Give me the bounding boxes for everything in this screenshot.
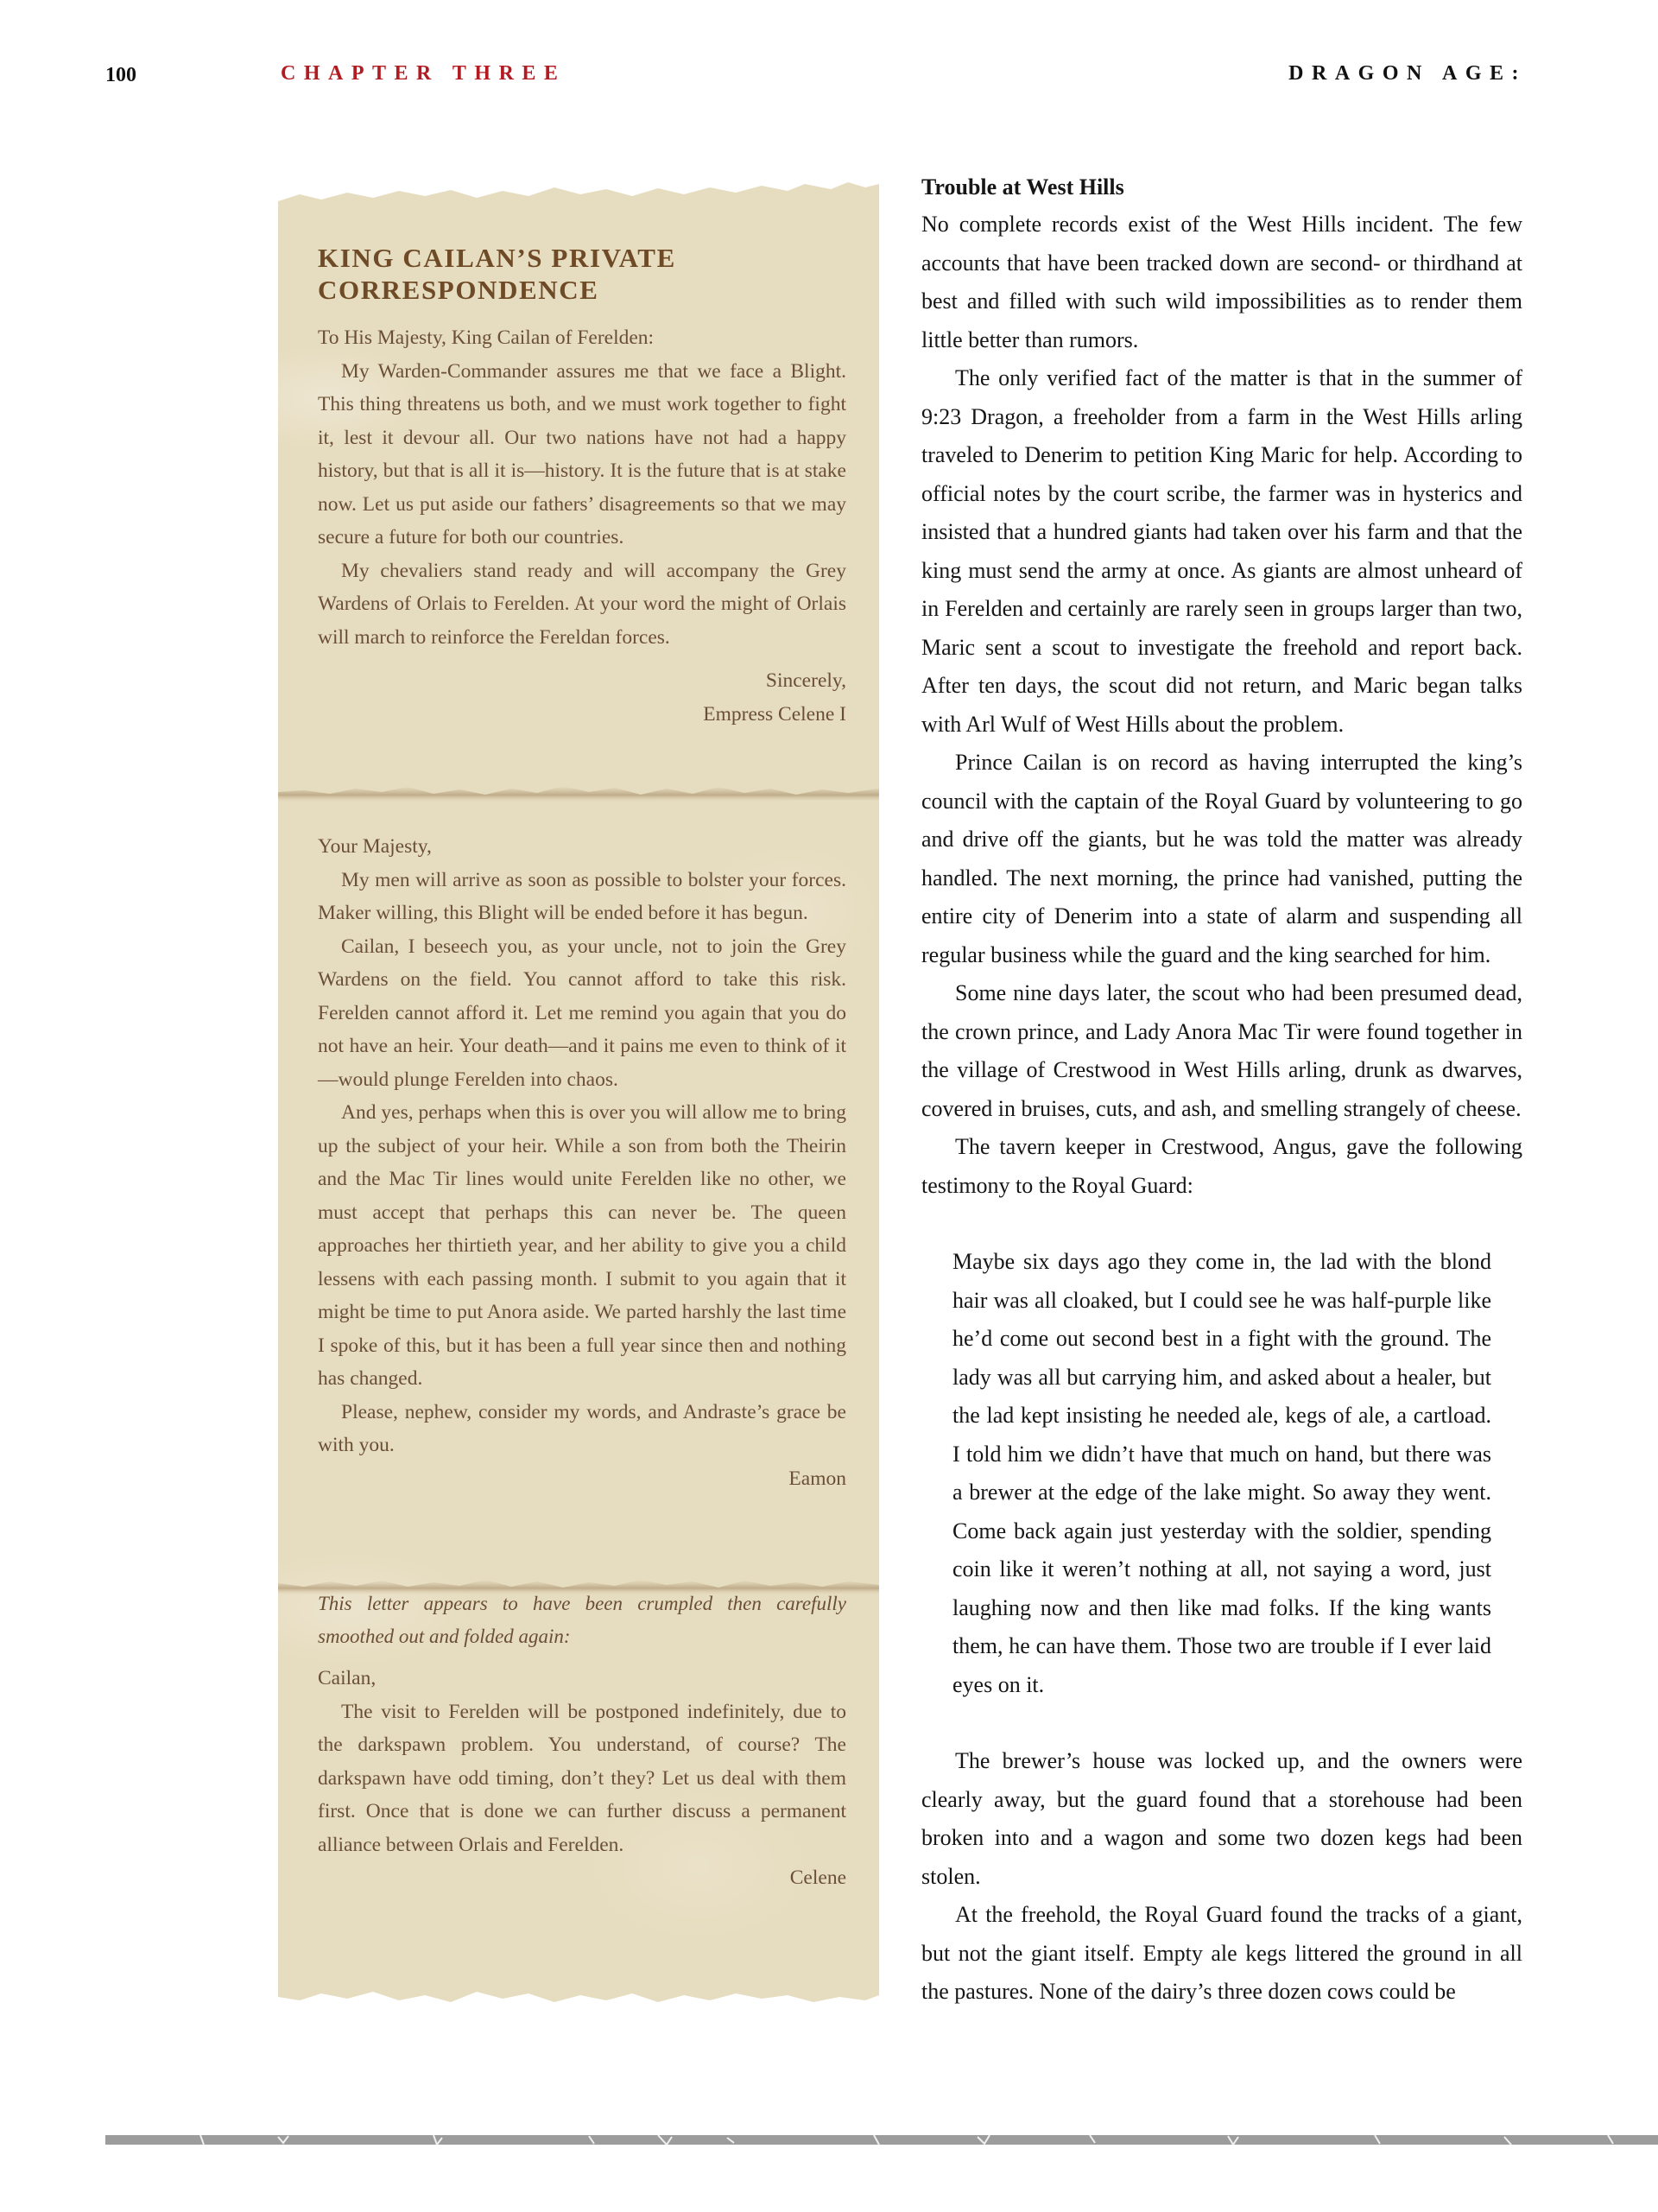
sidebar-content: KING CAILAN’S PRIVATE CORRESPONDENCE To …	[318, 242, 846, 1895]
letter-paragraph: My men will arrive as soon as possible t…	[318, 864, 846, 930]
letter-paragraph: And yes, perhaps when this is over you w…	[318, 1096, 846, 1396]
letter-from-celene: To His Majesty, King Cailan of Ferelden:…	[318, 321, 846, 731]
letter-paragraph: My chevaliers stand ready and will accom…	[318, 555, 846, 655]
grunge-texture-icon	[105, 2135, 1658, 2145]
section-heading: Trouble at West Hills	[921, 169, 1522, 206]
sidebar-title: KING CAILAN’S PRIVATE CORRESPONDENCE	[318, 242, 846, 306]
body-paragraph: Prince Cailan is on record as having int…	[921, 744, 1522, 974]
letter-signature: Celene	[318, 1861, 846, 1895]
letter-paragraph: My Warden-Commander assures me that we f…	[318, 355, 846, 555]
letter-salutation: Cailan,	[318, 1662, 846, 1695]
book-title: DRAGON AGE:	[1288, 62, 1527, 86]
letter-crumpled-celene: This letter appears to have been crumple…	[318, 1588, 846, 1895]
body-paragraph: The brewer’s house was locked up, and th…	[921, 1742, 1522, 1896]
letter-note: This letter appears to have been crumple…	[318, 1588, 846, 1653]
body-paragraph: No complete records exist of the West Hi…	[921, 206, 1522, 359]
body-paragraph: At the freehold, the Royal Guard found t…	[921, 1896, 1522, 2012]
letter-signature: Empress Celene I	[318, 698, 846, 732]
torn-edge-top	[278, 175, 879, 205]
footer-rule	[105, 2135, 1658, 2145]
body-paragraph: The only verified fact of the matter is …	[921, 359, 1522, 744]
letter-salutation: To His Majesty, King Cailan of Ferelden:	[318, 321, 846, 355]
body-paragraph: The tavern keeper in Crestwood, Angus, g…	[921, 1128, 1522, 1205]
quote-text: Maybe six days ago they come in, the lad…	[952, 1243, 1491, 1704]
letter-paragraph: Please, nephew, consider my words, and A…	[318, 1396, 846, 1462]
correspondence-sidebar: KING CAILAN’S PRIVATE CORRESPONDENCE To …	[278, 177, 879, 2012]
torn-edge-bottom	[278, 1985, 879, 2014]
sidebar-title-line1: KING CAILAN’S PRIVATE	[318, 243, 676, 273]
chapter-label: CHAPTER THREE	[281, 62, 566, 86]
main-column: Trouble at West Hills No complete record…	[921, 169, 1522, 2012]
sidebar-title-line2: CORRESPONDENCE	[318, 275, 599, 305]
letter-paragraph: Cailan, I beseech you, as your uncle, no…	[318, 930, 846, 1097]
page-number: 100	[105, 64, 136, 87]
letter-from-eamon: Your Majesty, My men will arrive as soon…	[318, 830, 846, 1495]
letter-signature: Eamon	[318, 1462, 846, 1496]
letter-closing: Sincerely,	[318, 664, 846, 698]
body-paragraph: Some nine days later, the scout who had …	[921, 974, 1522, 1128]
letter-paragraph: The visit to Ferelden will be postponed …	[318, 1695, 846, 1862]
letter-salutation: Your Majesty,	[318, 830, 846, 864]
testimony-quote: Maybe six days ago they come in, the lad…	[952, 1243, 1491, 1704]
